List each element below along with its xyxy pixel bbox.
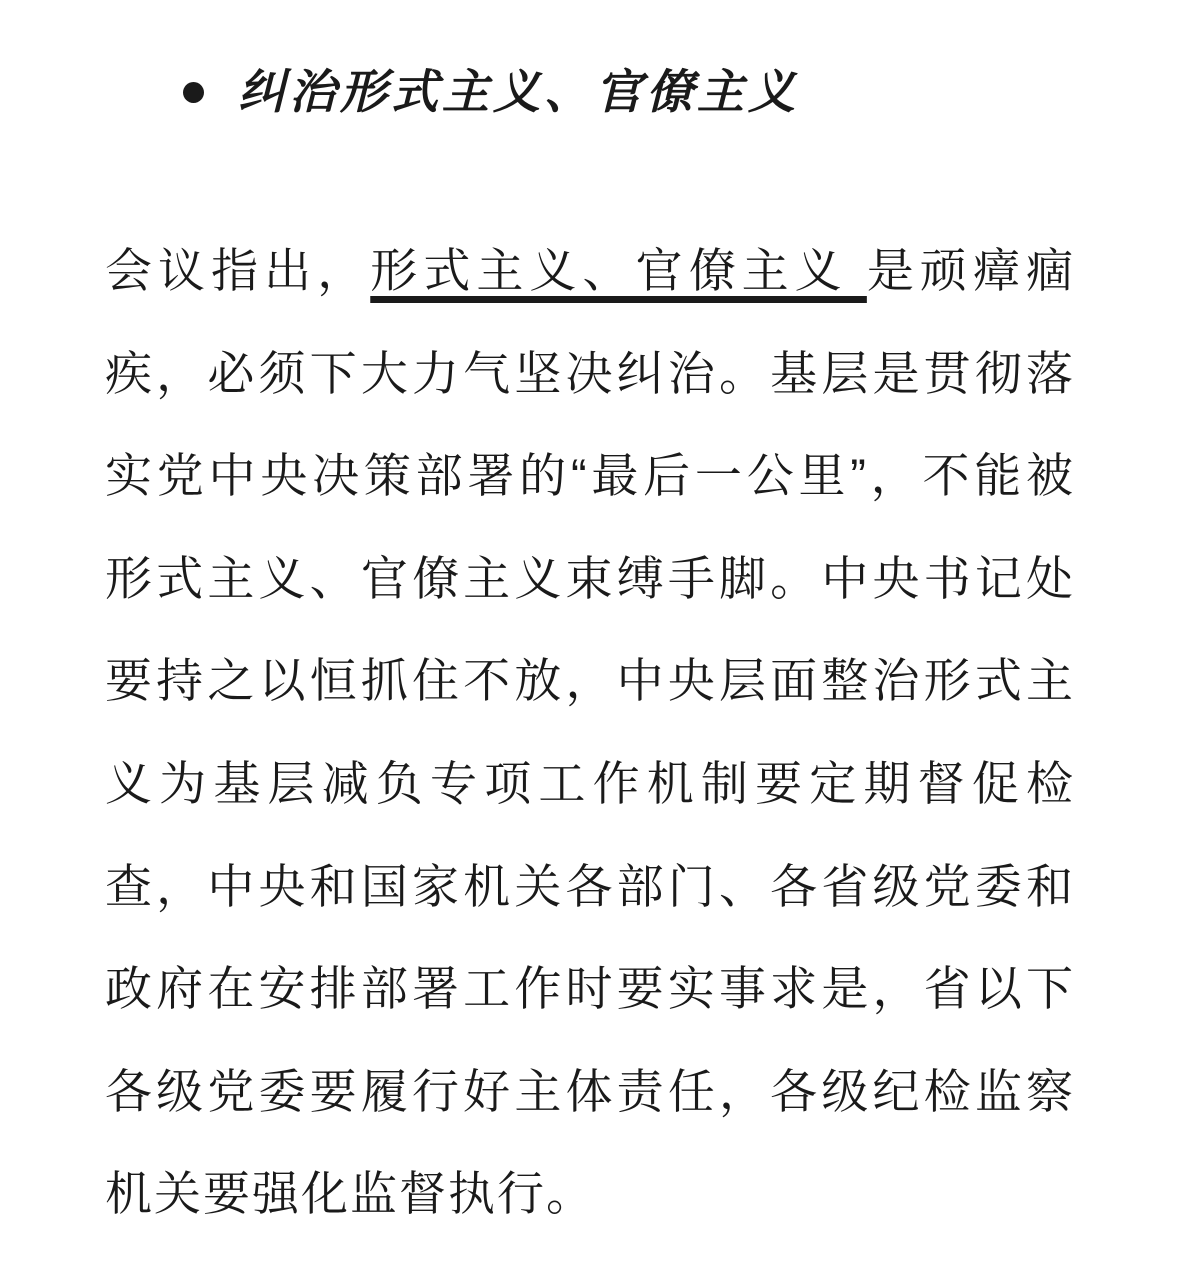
line-text: 查，中央和国家机关各部门、各省级党委和 [105,860,1073,913]
section-heading-text: 纠治形式主义、官僚主义 [238,65,799,119]
paragraph-line: 实党中央决策部署的“最后一公里”，不能被 [105,425,1073,528]
paragraph-line: 形式主义、官僚主义束缚手脚。中央书记处 [105,528,1073,631]
line-text: 义为基层减负专项工作机制要定期督促检 [105,757,1073,810]
paragraph-line: 疾，必须下大力气坚决纠治。基层是贯彻落 [105,323,1073,426]
paragraph-line: 各级党委要履行好主体责任，各级纪检监察 [105,1041,1073,1144]
paragraph-line: 机关要强化监督执行。 [105,1143,1073,1246]
line-text: 政府在安排部署工作时要实事求是，省以下 [105,962,1073,1015]
line-text: 机关要强化监督执行。 [105,1167,595,1220]
line-text: 是顽瘴痼 [867,244,1073,297]
underlined-phrase: 形式主义、官僚主义 [370,244,867,297]
line-text: 会议指出， [105,244,370,297]
paragraph-line: 会议指出，形式主义、官僚主义 是顽瘴痼 [105,220,1073,323]
paragraph-line: 要持之以恒抓住不放，中央层面整治形式主 [105,630,1073,733]
line-text: 疾，必须下大力气坚决纠治。基层是贯彻落 [105,347,1073,400]
paragraph: 会议指出，形式主义、官僚主义 是顽瘴痼 疾，必须下大力气坚决纠治。基层是贯彻落 … [105,220,1073,1246]
line-text: 形式主义、官僚主义束缚手脚。中央书记处 [105,552,1073,605]
paragraph-line: 查，中央和国家机关各部门、各省级党委和 [105,836,1073,939]
line-text: 各级党委要履行好主体责任，各级纪检监察 [105,1065,1073,1118]
paragraph-line: 政府在安排部署工作时要实事求是，省以下 [105,938,1073,1041]
line-text: 实党中央决策部署的“最后一公里”，不能被 [105,449,1073,502]
section-heading: 纠治形式主义、官僚主义 [183,65,799,119]
line-text: 要持之以恒抓住不放，中央层面整治形式主 [105,654,1073,707]
bullet-icon [183,82,204,103]
paragraph-line: 义为基层减负专项工作机制要定期督促检 [105,733,1073,836]
